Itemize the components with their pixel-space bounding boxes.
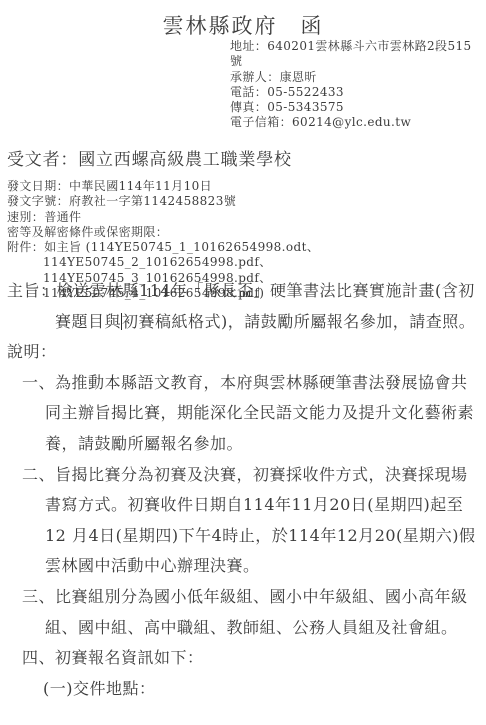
letter-body: 主旨：檢送雲林縣114年「縣長盃」硬筆書法比賽實施計畫(含初賽題目與初賽稿紙格式… bbox=[7, 276, 482, 704]
explanation-label: 說明： bbox=[7, 337, 482, 368]
subject-label: 主旨： bbox=[7, 281, 57, 300]
sub-item-marker: (一) bbox=[43, 679, 73, 698]
explanation-sub-item-1: (一)交件地點： bbox=[43, 674, 482, 705]
item-marker: 一、 bbox=[22, 373, 55, 392]
item-text: 比賽組別分為國小低年級組、國小中年級組、國小高年級組、國中組、高中職組、教師組、… bbox=[45, 587, 468, 637]
subject-paragraph: 主旨：檢送雲林縣114年「縣長盃」硬筆書法比賽實施計畫(含初賽題目與初賽稿紙格式… bbox=[7, 276, 482, 337]
meta-issue-date: 發文日期：中華民國114年11月10日 bbox=[7, 179, 481, 194]
meta-security-class: 密等及解密條件或保密期限： bbox=[7, 225, 481, 240]
item-marker: 二、 bbox=[22, 465, 55, 484]
contact-info-block: 地址：640201雲林縣斗六市雲林路2段515號 承辦人：康恩昕 電話：05-5… bbox=[230, 39, 472, 131]
explanation-item-1: 一、為推動本縣語文教育，本府與雲林縣硬筆書法發展協會共同主辦旨揭比賽，期能深化全… bbox=[22, 368, 482, 460]
contact-address: 地址：640201雲林縣斗六市雲林路2段515號 bbox=[230, 39, 472, 70]
meta-speed-class: 速別：普通件 bbox=[7, 210, 481, 225]
subject-text-after-cursor: 初賽稿紙格式)，請鼓勵所屬報名參加，請查照。 bbox=[122, 312, 475, 331]
recipient-line: 受文者：國立西螺高級農工職業學校 bbox=[7, 145, 292, 170]
item-marker: 三、 bbox=[22, 587, 55, 606]
explanation-item-3: 三、比賽組別分為國小低年級組、國小中年級組、國小高年級組、國中組、高中職組、教師… bbox=[22, 582, 482, 643]
document-title: 雲林縣政府 函 bbox=[0, 10, 486, 40]
explanation-item-2: 二、旨揭比賽分為初賽及決賽，初賽採收件方式，決賽採現場書寫方式。初賽收件日期自1… bbox=[22, 460, 482, 582]
contact-phone: 電話：05-5522433 bbox=[230, 85, 472, 100]
item-text: 為推動本縣語文教育，本府與雲林縣硬筆書法發展協會共同主辦旨揭比賽，期能深化全民語… bbox=[45, 373, 474, 453]
contact-person: 承辦人：康恩昕 bbox=[230, 70, 472, 85]
official-letter-page: 雲林縣政府 函 地址：640201雲林縣斗六市雲林路2段515號 承辦人：康恩昕… bbox=[0, 0, 486, 725]
item-marker: 四、 bbox=[22, 648, 55, 667]
item-text: 初賽報名資訊如下： bbox=[55, 648, 204, 667]
explanation-item-4: 四、初賽報名資訊如下： bbox=[22, 643, 482, 674]
item-text: 旨揭比賽分為初賽及決賽，初賽採收件方式，決賽採現場書寫方式。初賽收件日期自114… bbox=[45, 465, 476, 576]
contact-email: 電子信箱：60214@ylc.edu.tw bbox=[230, 115, 472, 130]
sub-item-text: 交件地點： bbox=[73, 679, 156, 698]
contact-fax: 傳真：05-5343575 bbox=[230, 100, 472, 115]
meta-doc-number: 發文字號：府教社一字第1142458823號 bbox=[7, 194, 481, 209]
